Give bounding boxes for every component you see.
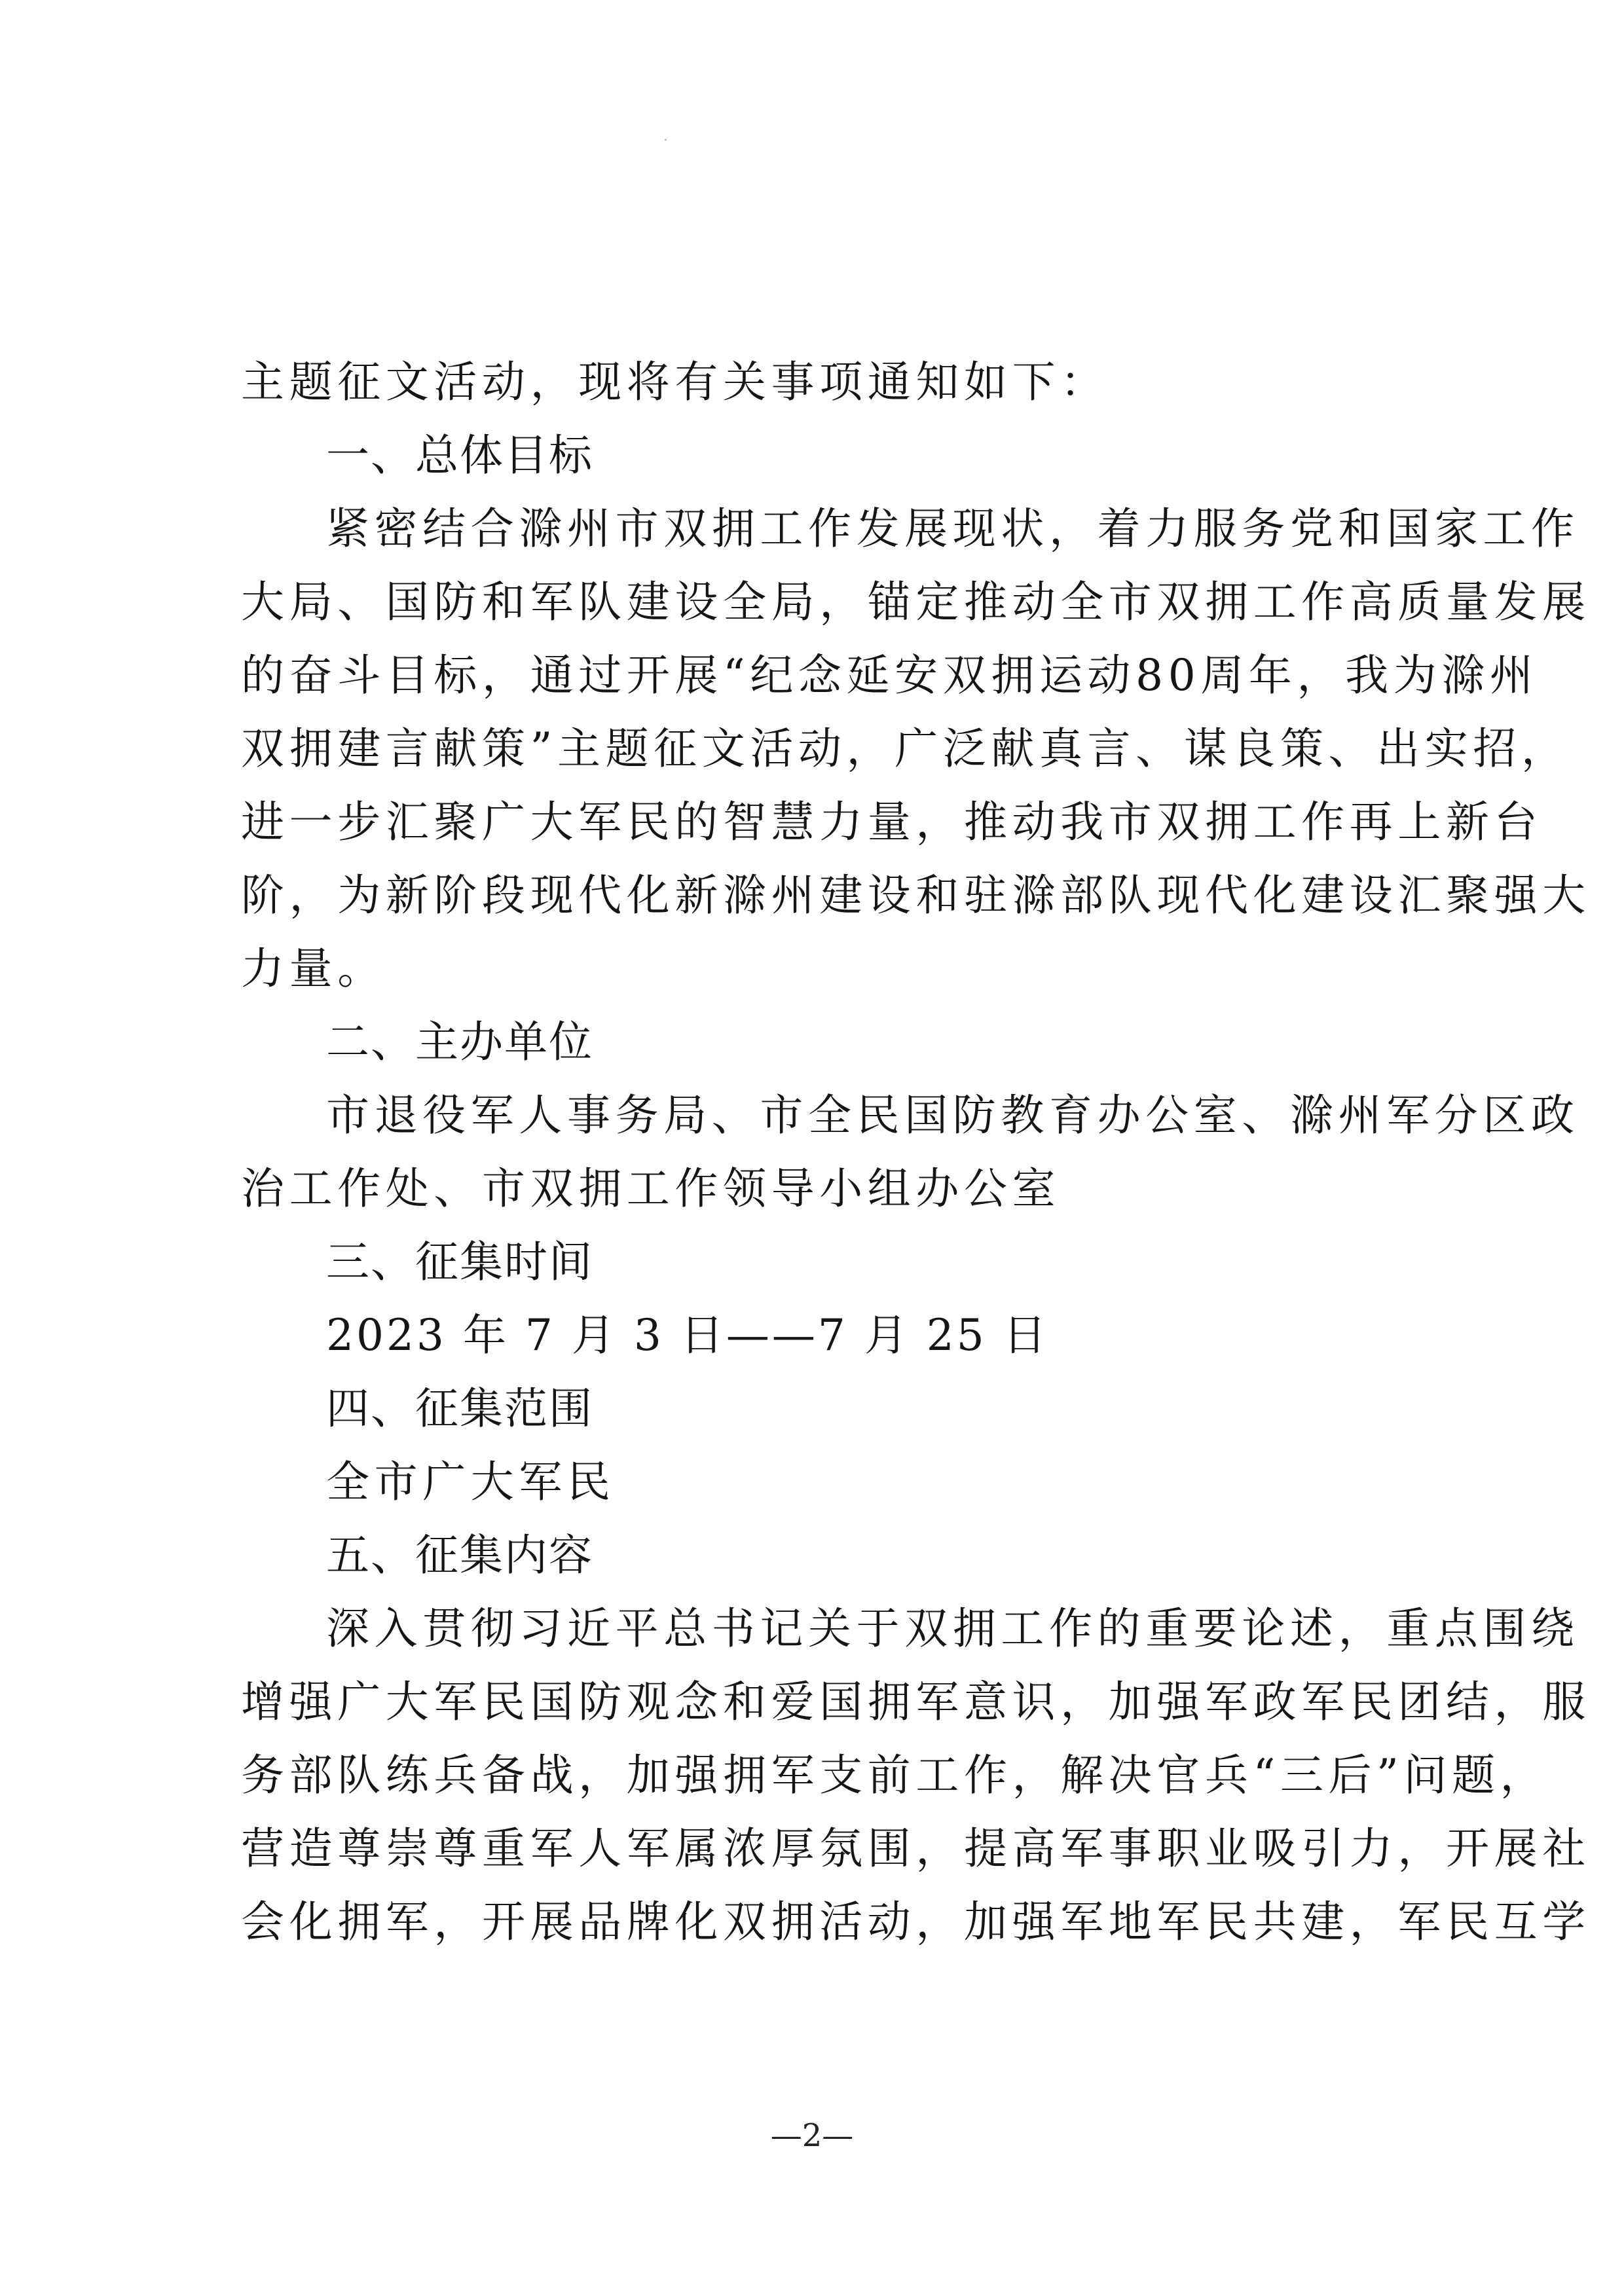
paragraph-line: 治工作处、市双拥工作领导小组办公室 — [241, 1152, 1404, 1226]
paragraph-line: 的奋斗目标，通过开展“纪念延安双拥运动80周年，我为滁州 — [241, 639, 1404, 712]
page-number: —2— — [0, 2116, 1624, 2155]
paragraph-line: 阶，为新阶段现代化新滁州建设和驻滁部队现代化建设汇聚强大 — [241, 859, 1404, 932]
document-page: 主题征文活动，现将有关事项通知如下： 一、总体目标 紧密结合滁州市双拥工作发展现… — [0, 0, 1624, 2296]
document-body: 主题征文活动，现将有关事项通知如下： 一、总体目标 紧密结合滁州市双拥工作发展现… — [241, 346, 1404, 1959]
paragraph-line: 紧密结合滁州市双拥工作发展现状，着力服务党和国家工作 — [241, 492, 1404, 566]
paragraph-line: 深入贯彻习近平总书记关于双拥工作的重要论述，重点围绕 — [241, 1592, 1404, 1666]
paragraph-line: 大局、国防和军队建设全局，锚定推动全市双拥工作高质量发展 — [241, 566, 1404, 639]
section-heading-organizers: 二、主办单位 — [241, 1006, 1404, 1079]
paragraph-line: 双拥建言献策”主题征文活动，广泛献真言、谋良策、出实招， — [241, 712, 1404, 786]
section-heading-collection-time: 三、征集时间 — [241, 1226, 1404, 1299]
section-heading-overall-goal: 一、总体目标 — [241, 419, 1404, 492]
paragraph-line: 会化拥军，开展品牌化双拥活动，加强军地军民共建，军民互学 — [241, 1886, 1404, 1959]
scan-artifact — [665, 139, 667, 141]
paragraph-line: 务部队练兵备战，加强拥军支前工作，解决官兵“三后”问题， — [241, 1739, 1404, 1812]
paragraph-line: 进一步汇聚广大军民的智慧力量，推动我市双拥工作再上新台 — [241, 786, 1404, 859]
intro-line: 主题征文活动，现将有关事项通知如下： — [241, 346, 1404, 419]
paragraph-line: 力量。 — [241, 932, 1404, 1006]
paragraph-line: 增强广大军民国防观念和爱国拥军意识，加强军政军民团结，服 — [241, 1666, 1404, 1739]
paragraph-line: 营造尊崇尊重军人军属浓厚氛围，提高军事职业吸引力，开展社 — [241, 1812, 1404, 1886]
paragraph-line: 市退役军人事务局、市全民国防教育办公室、滁州军分区政 — [241, 1079, 1404, 1152]
collection-scope-text: 全市广大军民 — [241, 1446, 1404, 1519]
section-heading-collection-scope: 四、征集范围 — [241, 1372, 1404, 1446]
section-heading-collection-content: 五、征集内容 — [241, 1519, 1404, 1592]
collection-date-range: 2023 年 7 月 3 日——7 月 25 日 — [241, 1299, 1404, 1372]
